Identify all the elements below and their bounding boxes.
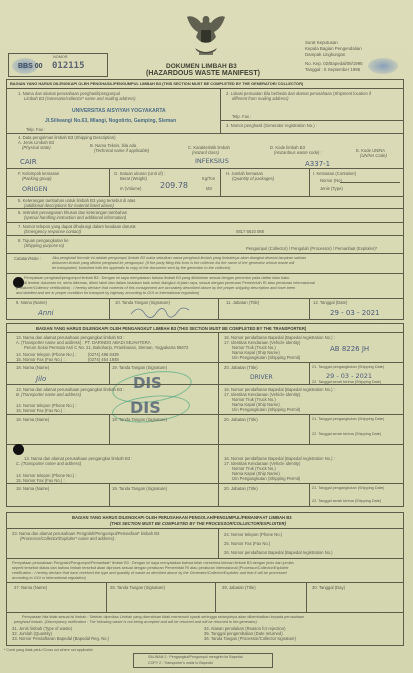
generator-date-value[interactable]: 29 - 03 - 2021 [330,309,380,317]
divider [218,298,219,320]
field-4a-sublabel: (Physical state) [22,145,51,150]
nomor-prefix: BBS 00 [18,63,43,71]
divider [6,384,404,385]
processor-section-header-2: (THIS SECTION MUST BE COMPLETED BY THE P… [110,521,286,526]
decree-line-2: Kepala Bagian Pengendalian [305,46,362,51]
divider [6,222,404,223]
field-12-label: 12. Tanggal (Date) [313,300,347,305]
field-g-unit-m3: M3 [206,186,212,191]
field-19b-label: 19. Tanda Tangan (Signature) [112,417,167,422]
divider [6,414,404,415]
field-i-no: Nomor (No) [320,178,342,183]
field-4e-sublabel: (UN/NA Code) [360,153,387,158]
field-3-label: 3. Nomor penghasil (Generator registrati… [226,123,317,128]
generator-signature-icon [125,304,195,320]
field-30-label: 30. Tanggal (Day) [312,585,345,590]
field-20-label: 20. Jabatan (Title) [224,365,258,370]
divider [6,483,404,484]
company-stamp-text: DIS [133,374,162,392]
hazardous-waste-manifest-page: DOKUMEN LIMBAH B3 (HAZARDOUS WASTE MANIF… [0,0,413,673]
divider [109,414,110,444]
decree-line-1: Surat Keputusan [305,40,338,45]
divider [6,208,404,209]
field-26-label: 26. Nomor pendaftaran Bapedal (Bapedal r… [224,550,332,555]
divider [309,414,310,444]
divider [6,558,404,559]
emergency-contact-value[interactable]: 0817 6610 088 [236,229,264,234]
field-8-sublabel: (Shipping purpose to) [24,243,64,248]
field-21b-label: 21. Tanggal pengangkutan (Shipping Date) [312,417,384,422]
note-text-3: be transported, furnished with the appen… [52,266,230,271]
copy-line-2: COPY 2 : Transporter's mails to Bapedal [148,661,213,666]
field-17-permit: Izin Pengangkutan (Shipping Permit) [232,355,300,360]
divider [6,235,404,236]
divider [6,133,404,134]
nomor-serial: 012115 [52,61,85,71]
divider [6,528,404,529]
divider [6,88,404,89]
divider [109,298,110,320]
divider [6,298,404,299]
transporter-c-label: C. (Transporter name and address) [16,461,81,466]
field-28-label: 28. Tanda Tangan (Signature) [110,585,165,590]
field-23-sublabel: (Processor/Collector/Exploiter* name and… [20,536,117,541]
discrepancy-text-2: penghasil limbah. (Discrepancy notificat… [14,620,257,625]
field-7-sublabel: (Emergency response contact) [24,229,81,234]
field-i-label: I. Kemasan (Container) [313,171,356,176]
field-17c-permit: Izin Pengangkutan (Shipping Permit) [232,476,300,481]
field-i-type: Jenis (Type) [320,186,343,191]
divider [109,362,110,384]
field-9-label: 9. Nama (Name) [16,300,47,305]
divider [6,196,404,197]
generator-name-value[interactable]: Anni [38,309,54,317]
field-19-label: 19. Tanda Tangan (Signature) [112,365,167,370]
punch-hole [13,444,24,455]
field-21c-label: 21. Tanggal pengangkutan (Shipping Date) [312,486,384,491]
decree-line-5: Tanggal : 5 September 1995 [305,67,360,72]
divider [6,332,404,333]
field-6-sublabel: (special handling instruction and additi… [24,215,126,220]
shipping-purpose-options[interactable]: Pengumpul (Collector) / Pengolah (Proces… [246,246,377,251]
divider [6,612,404,613]
field-22b-label: 22. Tanggal serah terima (Shipping Date) [312,432,381,437]
field-27-label: 27. Nama (Name) [14,585,47,590]
divider [6,444,404,445]
field-17b-permit: Izin Pengangkutan (Shipping Permit) [232,407,300,412]
location-telp-fax: Telp. Fax : [232,114,251,119]
field-18-label: 18. Nama (Name) [16,365,49,370]
divider [109,483,110,507]
divider [309,298,310,320]
field-33-label: 33. Nomor Pendaftaran Bapedal (Bapedal R… [12,636,109,641]
divider [309,168,310,196]
divider [109,168,110,196]
processor-section-header-1: BAGIAN YANG HARUS DILENGKAPI OLEH PERUSA… [72,515,292,520]
field-4c-sublabel: (Hazard class) [192,150,219,155]
generator-telp-fax: Telp. Fax : [26,127,45,132]
generator-section-header: BAGIAN YANG HARUS DILENGKAPI OLEH PENGHA… [10,81,303,86]
footer-note: * Coret yang tidak perlu /Cross out wher… [4,648,93,653]
field-24-label: 24. Nomor telepon (Phone No.) [224,532,282,537]
field-f-sublabel: (Packing group) [22,176,52,181]
field-18c-label: 18. Nama (Name) [16,486,49,491]
nomor-label: NOMOR [53,55,68,60]
divider [306,582,307,612]
vehicle-plate-value[interactable]: AB 8226 JH [330,345,369,353]
field-20c-label: 20. Jabatan (Title) [224,486,258,491]
transporter-title-value[interactable]: DRIVER [250,374,273,381]
transporter-a-address[interactable]: Perum Sosio Permata Asri C No. 21, Bokoh… [24,345,188,350]
processor-declaration-4: according to GOI or international regula… [12,576,86,581]
field-18b-label: 18. Nama (Name) [16,417,49,422]
decree-line-4: No. Kep. 02/Bapedal/09/1995 [305,61,363,66]
field-4d-sublabel: (Hazardous waste code) : [274,150,322,155]
decree-line-3: Dampak Lingkungan [305,52,345,57]
divider [220,168,221,196]
transporter-section-header: BAGIAN YANG HARUS DILENGKAPI OLEH PENGAN… [36,326,306,331]
document-title: DOKUMEN LIMBAH B3 [166,63,237,70]
field-g-unit-kg: Kg/Ton [202,176,215,181]
divider [218,528,219,558]
hazard-class-value[interactable]: INFEKSIUS [195,157,229,165]
field-29-label: 29. Jabatan (Title) [222,585,256,590]
field-1-sublabel: Limbah B3 (Generator/collector* name and… [24,96,136,101]
field-19c-label: 19. Tanda Tangan (Signature) [112,486,167,491]
divider [215,582,216,612]
divider [106,582,107,612]
field-36-label: 36. Tanda Tangan (Processor/Collector si… [204,636,296,641]
physical-state-value[interactable]: CAIR [20,158,37,166]
field-11-label: 11. Jabatan (Title) [226,300,259,305]
field-21-label: 21. Tanggal pengangkutan (Shipping Date) [312,365,384,370]
shipping-date-value[interactable]: 29 - 03 - 2021 [326,372,372,380]
transporter-name-value[interactable]: Jilo [36,375,46,383]
field-15b-label: 15. Nomor Fax (Fax No.) : [16,408,65,413]
generator-declaration-4: and labelled and are in proper condition… [16,291,199,296]
field-2-sublabel: different from mailing address) [232,96,289,101]
garuda-emblem-icon [185,12,227,58]
field-h-sublabel: (Quantity of packages) [232,176,274,181]
divider [6,253,404,254]
ink-blot [368,58,398,74]
divider [6,582,404,583]
field-g-volume: In (Volume) [120,186,141,191]
field-g-weight: Berat (Weight) [120,176,147,181]
divider [218,332,219,507]
field-22c-label: 22. Tanggal serah terima (Shipping Date) [312,499,381,504]
divider [6,168,404,169]
transporter-b-label: B. (Transporter name and address) [16,392,81,397]
document-subtitle: (HAZARDOUS WASTE MANIFEST) [146,70,260,78]
field-25-label: 25. Nomor Fax (Fax No.) [224,541,270,546]
divider [220,120,404,121]
copy-line-1: SALINAN 2 : Pengangkut/Pengumpul mengiri… [148,655,243,660]
packing-group-value[interactable]: ORIGEN [22,185,48,193]
divider [6,273,404,274]
field-4b-sublabel: (Technical name if applicable) [94,148,149,153]
generator-company-name[interactable]: UNIVERSITAS AISYIYAH YOGYAKARTA [72,108,166,114]
waste-code-value[interactable]: A337-1 [305,160,330,168]
divider [309,483,310,507]
divider [309,362,310,384]
note-label: Catatan/Note : [14,256,41,261]
divider [340,182,400,183]
field-20b-label: 20. Jabatan (Title) [224,417,258,422]
divider [220,88,221,133]
divider [6,362,404,363]
unit-volume-value[interactable]: 209.78 [160,181,188,190]
generator-company-address[interactable]: Jl.Siliwangi No.63, Mlangi, Nogotirto, G… [45,118,176,124]
